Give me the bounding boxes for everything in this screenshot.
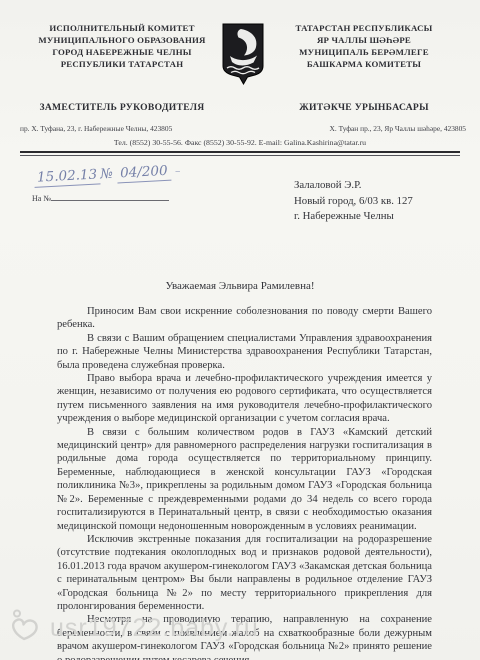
paragraph: В связи с большим количеством родов в ГА… bbox=[57, 426, 432, 533]
org-line: ЯР ЧАЛЛЫ ШӘҺӘРЕ bbox=[270, 34, 458, 46]
contact-line: Тел. (8552) 30-55-56. Факс (8552) 30-55-… bbox=[0, 138, 480, 147]
address-row: пр. Х. Туфана, 23, г. Набережные Челны, … bbox=[0, 124, 480, 133]
recipient-city: г. Набережные Челны bbox=[294, 209, 413, 225]
position-title-tatar: ЖИТӘКЧЕ УРЫНБАСАРЫ bbox=[270, 102, 458, 113]
handwritten-dash: – bbox=[175, 164, 181, 177]
baby-ru-heart-logo-icon bbox=[5, 607, 43, 650]
address-russian: пр. Х. Туфана, 23, г. Набережные Челны, … bbox=[20, 124, 172, 133]
recipient-block: Залаловой Э.Р. Новый город, 6/03 кв. 127… bbox=[294, 178, 413, 225]
coat-of-arms-icon bbox=[219, 22, 267, 86]
org-line: РЕСПУБЛИКИ ТАТАРСТАН bbox=[28, 58, 216, 70]
watermark: usr19722.baby.ru bbox=[5, 607, 259, 650]
salutation: Уважаемая Эльвира Рамилевна! bbox=[0, 280, 480, 292]
outgoing-reference-handwritten: 15.02.13№ 04/200 – bbox=[34, 162, 181, 186]
incoming-reference-line: На № bbox=[32, 192, 169, 203]
org-name-russian: ИСПОЛНИТЕЛЬНЫЙ КОМИТЕТ МУНИЦИПАЛЬНОГО ОБ… bbox=[28, 22, 216, 70]
paragraph: Исключив экстренные показания для госпит… bbox=[57, 533, 432, 613]
number-sign: № bbox=[100, 166, 114, 183]
watermark-text: usr19722.baby.ru bbox=[50, 614, 259, 643]
org-line: ГОРОД НАБЕРЕЖНЫЕ ЧЕЛНЫ bbox=[28, 46, 216, 58]
recipient-name: Залаловой Э.Р. bbox=[294, 178, 413, 194]
paragraph: Приносим Вам свои искренние соболезнован… bbox=[57, 305, 432, 332]
handwritten-number: 04/200 bbox=[117, 163, 171, 184]
position-titles: ЗАМЕСТИТЕЛЬ РУКОВОДИТЕЛЯ ЖИТӘКЧЕ УРЫНБАС… bbox=[0, 102, 480, 113]
paragraph: Право выбора врача и лечебно-профилактич… bbox=[57, 372, 432, 426]
reference-area: 15.02.13№ 04/200 – На № Залаловой Э.Р. Н… bbox=[32, 166, 452, 258]
position-title-russian: ЗАМЕСТИТЕЛЬ РУКОВОДИТЕЛЯ bbox=[28, 102, 216, 113]
org-line: МУНИЦИПАЛЬ БЕРӘМЛЕГЕ bbox=[270, 46, 458, 58]
address-tatar: Х. Туфан пр., 23, Яр Чаллы шәһәре, 42380… bbox=[330, 124, 466, 133]
scanned-letter-page: ИСПОЛНИТЕЛЬНЫЙ КОМИТЕТ МУНИЦИПАЛЬНОГО ОБ… bbox=[0, 0, 480, 660]
incoming-reference-blank bbox=[51, 192, 169, 201]
handwritten-date: 15.02.13 bbox=[34, 166, 101, 187]
org-line: ТАТАРСТАН РЕСПУБЛИКАСЫ bbox=[270, 22, 458, 34]
incoming-reference-label: На № bbox=[32, 194, 51, 203]
org-name-tatar: ТАТАРСТАН РЕСПУБЛИКАСЫ ЯР ЧАЛЛЫ ШӘҺӘРЕ М… bbox=[270, 22, 458, 70]
letterhead: ИСПОЛНИТЕЛЬНЫЙ КОМИТЕТ МУНИЦИПАЛЬНОГО ОБ… bbox=[0, 0, 480, 86]
org-line: ИСПОЛНИТЕЛЬНЫЙ КОМИТЕТ bbox=[28, 22, 216, 34]
paragraph: В связи с Вашим обращением специалистами… bbox=[57, 332, 432, 372]
org-line: БАШКАРМА КОМИТЕТЫ bbox=[270, 58, 458, 70]
recipient-address: Новый город, 6/03 кв. 127 bbox=[294, 194, 413, 210]
letterhead-divider bbox=[20, 151, 460, 156]
org-line: МУНИЦИПАЛЬНОГО ОБРАЗОВАНИЯ bbox=[28, 34, 216, 46]
